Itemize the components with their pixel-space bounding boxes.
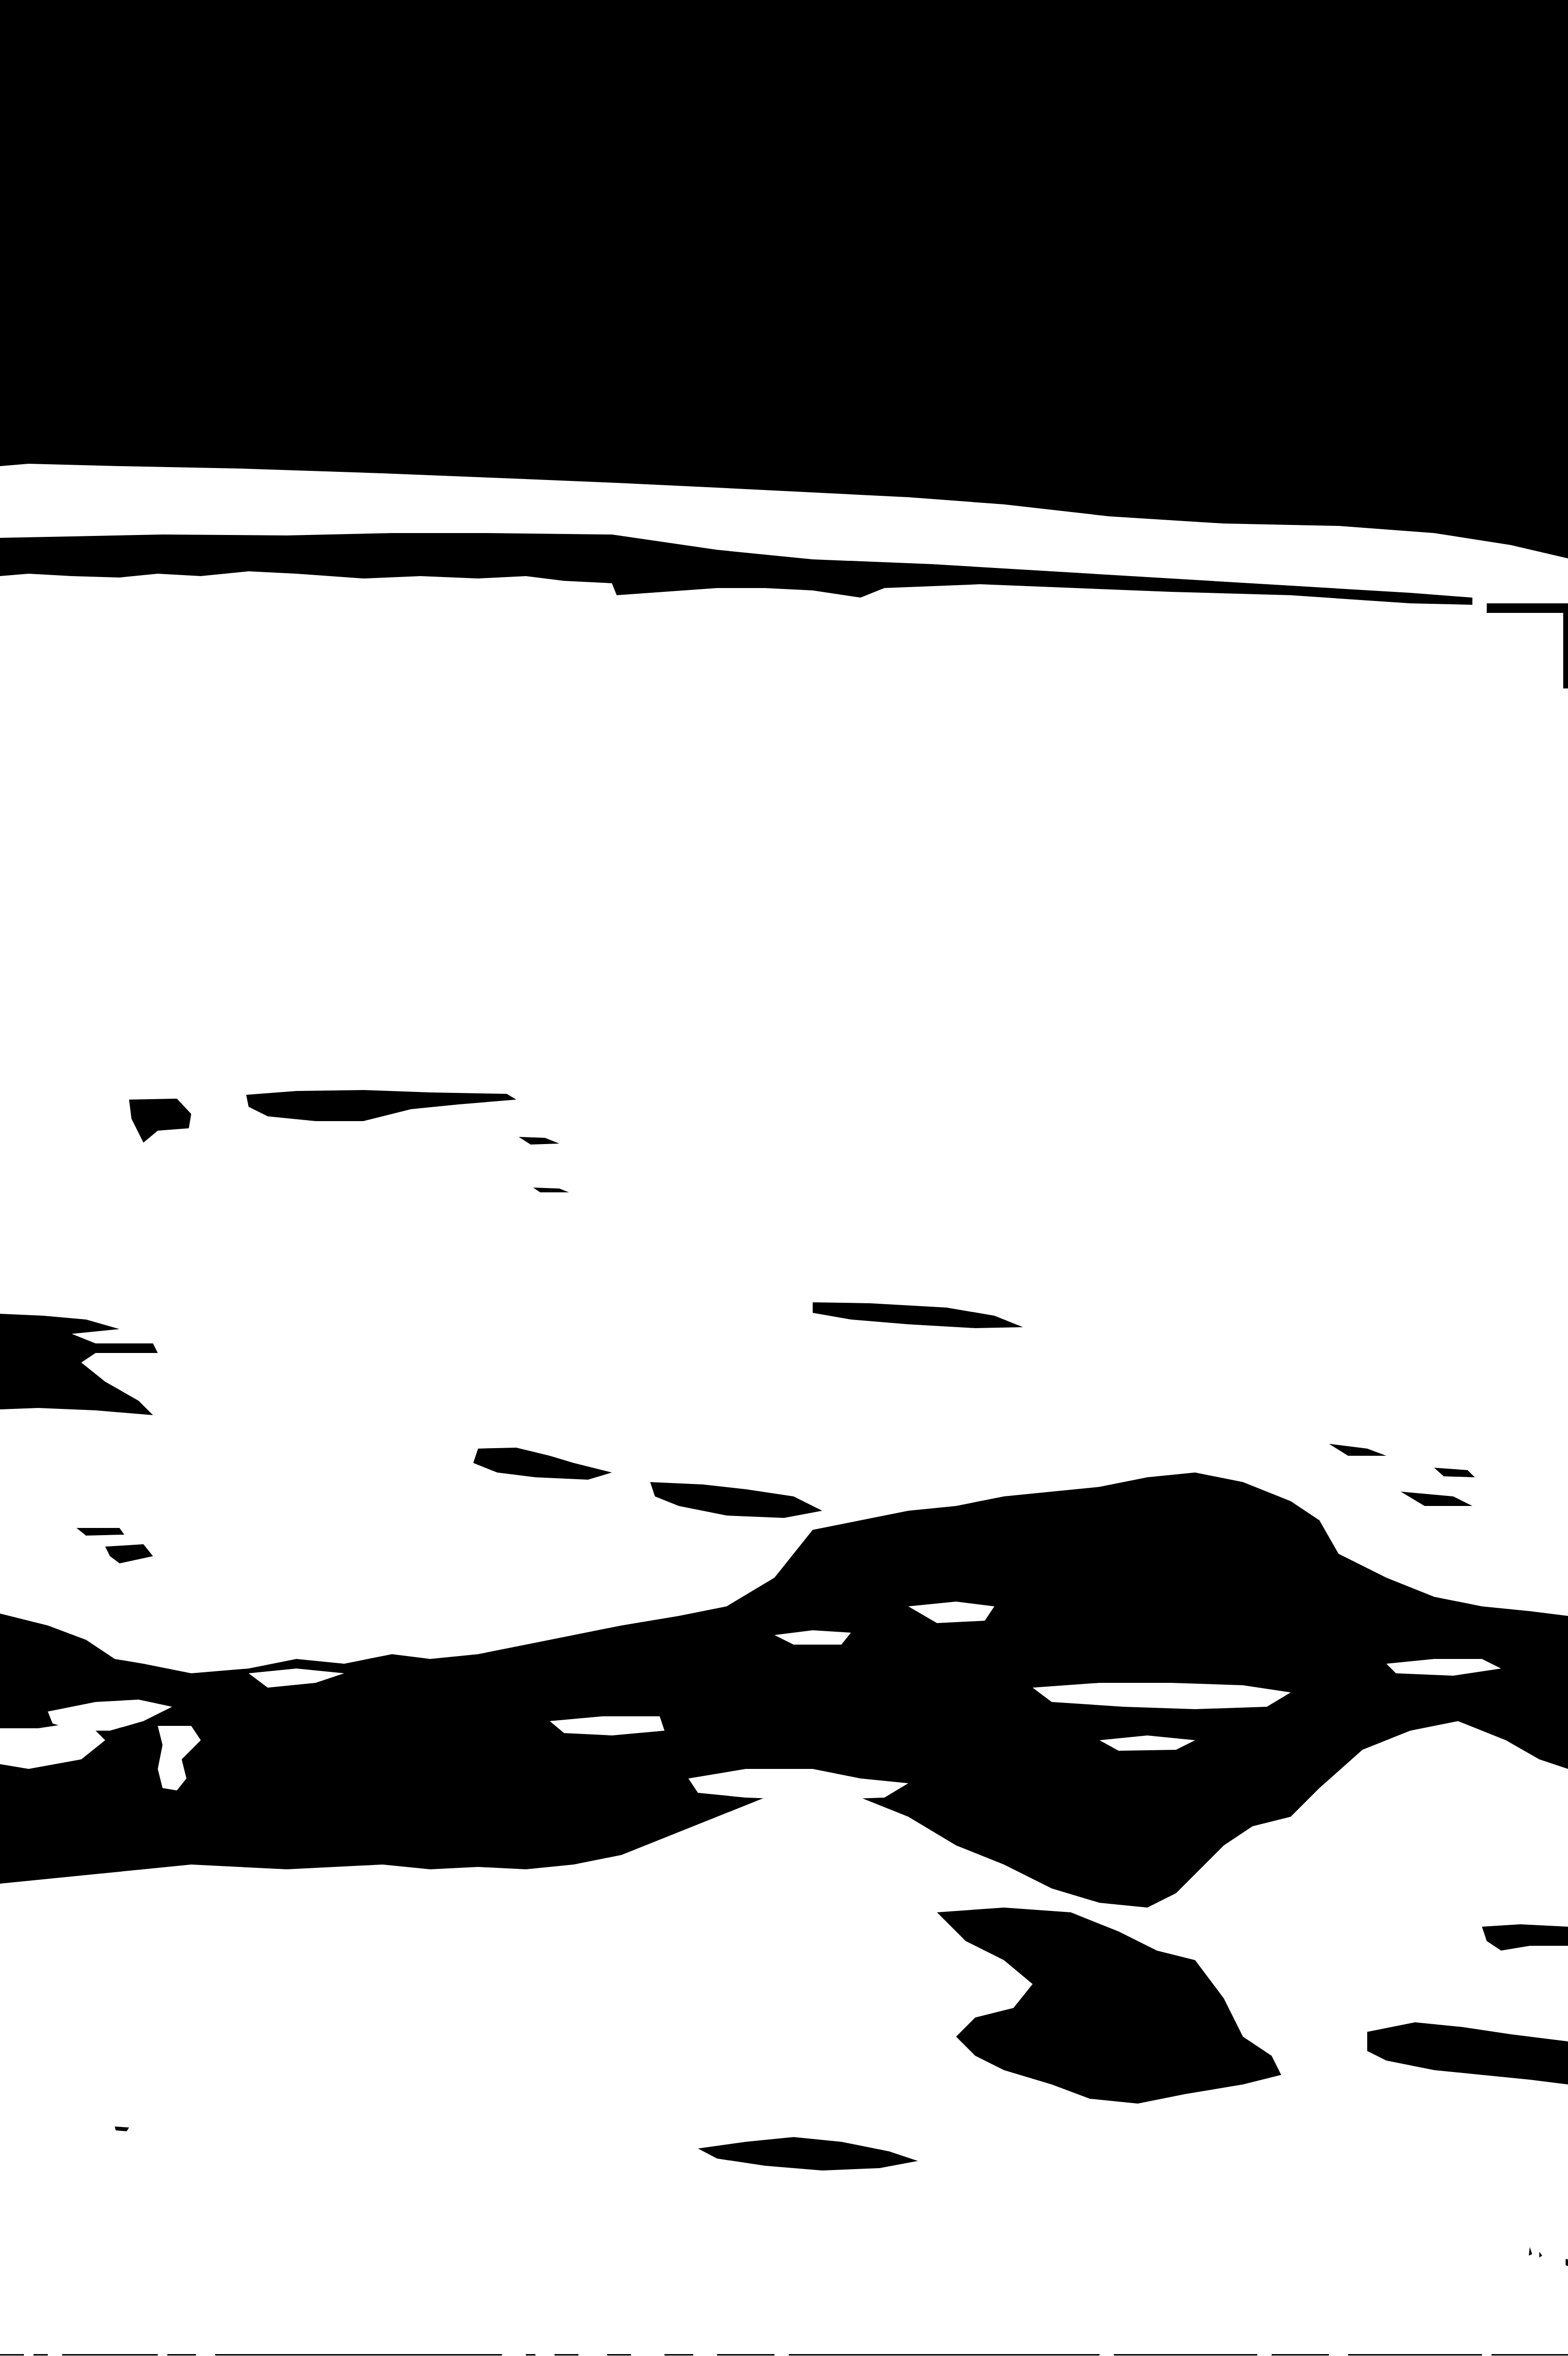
horizon-right-block	[1487, 603, 1568, 613]
right-edge-line	[1563, 612, 1568, 688]
binarized-landscape-photo	[0, 0, 1568, 2356]
